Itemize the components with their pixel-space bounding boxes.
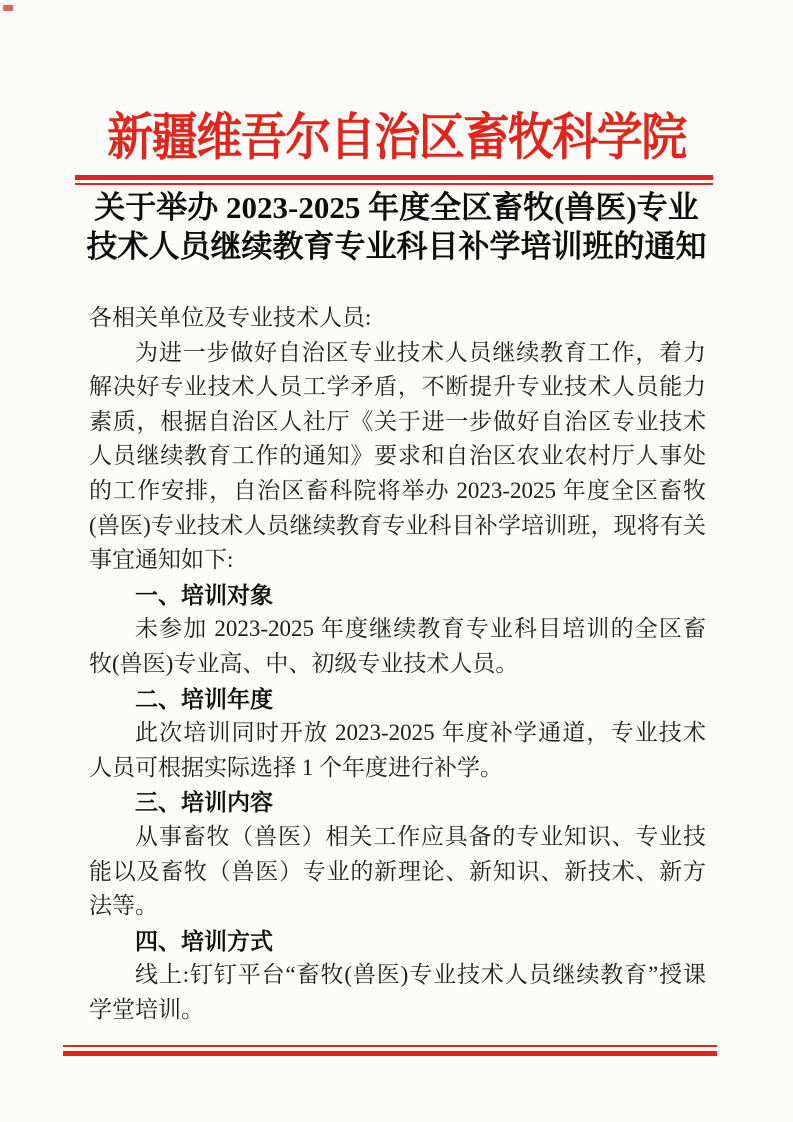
scan-ink-smudge bbox=[3, 5, 13, 11]
document-title-line-1: 关于举办 2023-2025 年度全区畜牧(兽医)专业 bbox=[40, 188, 753, 227]
section-2-text: 此次培训同时开放 2023-2025 年度补学通道，专业技术人员可根据实际选择 … bbox=[89, 716, 706, 785]
intro-paragraph: 为进一步做好自治区专业技术人员继续教育工作，着力解决好专业技术人员工学矛盾，不断… bbox=[89, 336, 706, 578]
footer-divider bbox=[63, 1045, 717, 1056]
section-1-heading: 一、培训对象 bbox=[89, 578, 706, 613]
notice-document-page: 新疆维吾尔自治区畜牧科学院 关于举办 2023-2025 年度全区畜牧(兽医)专… bbox=[0, 0, 793, 1122]
letterhead-org-title: 新疆维吾尔自治区畜牧科学院 bbox=[0, 106, 793, 170]
section-3-heading: 三、培训内容 bbox=[89, 785, 706, 820]
salutation: 各相关单位及专业技术人员: bbox=[89, 301, 706, 336]
letterhead-divider bbox=[75, 175, 713, 185]
document-title-line-2: 技术人员继续教育专业科目补学培训班的通知 bbox=[40, 227, 753, 266]
footer-divider-thick-line bbox=[63, 1051, 717, 1056]
section-2-heading: 二、培训年度 bbox=[89, 682, 706, 717]
section-1-text: 未参加 2023-2025 年度继续教育专业科目培训的全区畜牧(兽医)专业高、中… bbox=[89, 612, 706, 681]
document-body: 各相关单位及专业技术人员: 为进一步做好自治区专业技术人员继续教育工作，着力解决… bbox=[89, 301, 706, 1027]
section-4-text: 线上:钉钉平台“畜牧(兽医)专业技术人员继续教育”授课学堂培训。 bbox=[89, 958, 706, 1027]
section-4-heading: 四、培训方式 bbox=[89, 924, 706, 959]
letterhead-divider-thin-line bbox=[75, 183, 713, 185]
section-3-text: 从事畜牧（兽医）相关工作应具备的专业知识、专业技能以及畜牧（兽医）专业的新理论、… bbox=[89, 820, 706, 924]
document-title: 关于举办 2023-2025 年度全区畜牧(兽医)专业 技术人员继续教育专业科目… bbox=[40, 188, 753, 266]
